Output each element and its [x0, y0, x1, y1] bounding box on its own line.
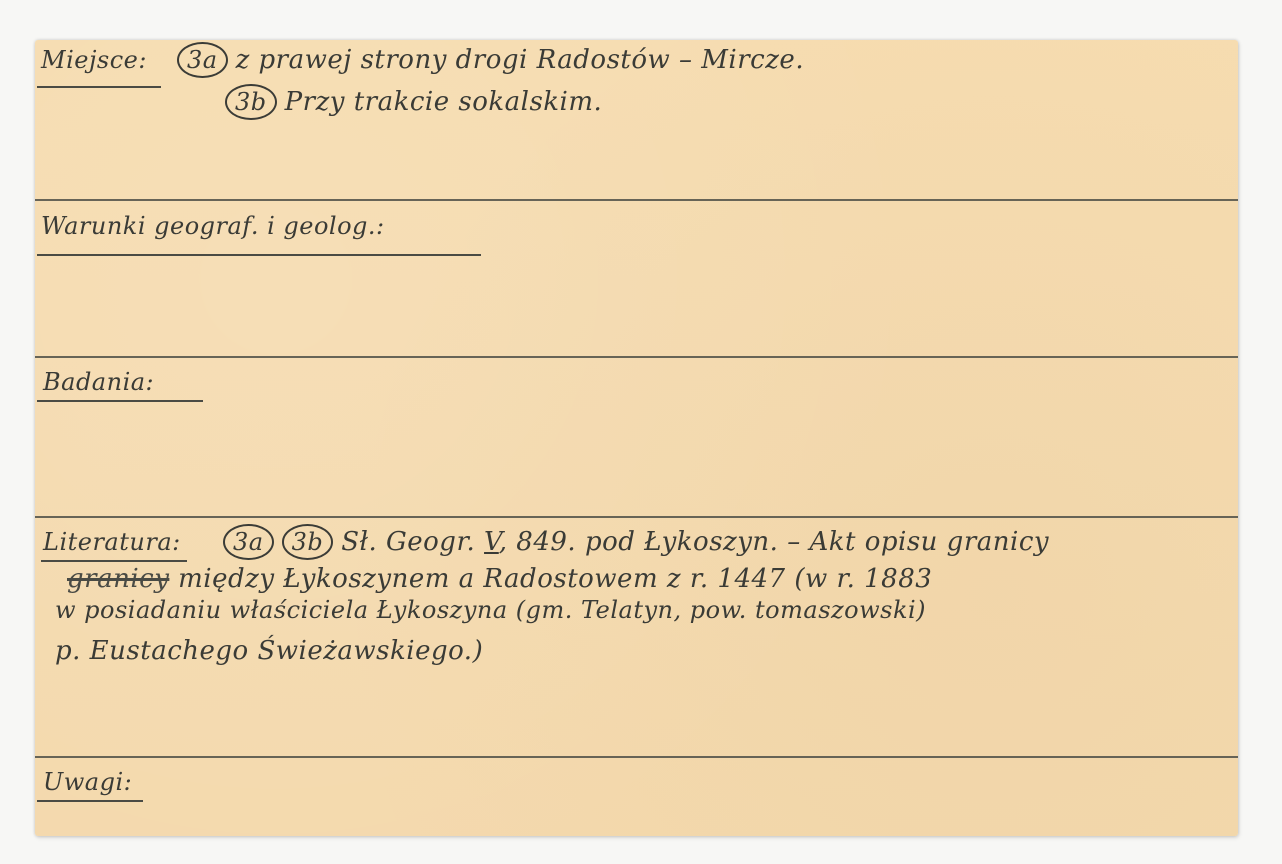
literatura-line-3: w posiadaniu właściciela Łykoszyna (gm. …: [55, 596, 926, 624]
label-uwagi-underline: [37, 800, 143, 802]
label-literatura-underline: [41, 560, 187, 562]
literatura-line-1: 3a3bSł. Geogr. V, 849. pod Łykoszyn. – A…: [223, 524, 1049, 560]
literatura-line-4-text: p. Eustachego Świeżawskiego.): [55, 636, 483, 666]
divider-3: [35, 516, 1238, 518]
miejsce-entry-3a-text: z prawej strony drogi Radostów – Mircze.: [236, 45, 805, 75]
divider-1: [35, 199, 1238, 201]
literatura-line-2: granicy między Łykoszynem a Radostowem z…: [67, 564, 932, 594]
marker-3b: 3b: [225, 84, 277, 120]
literatura-line-4: p. Eustachego Świeżawskiego.): [55, 636, 483, 666]
label-literatura: Literatura:: [43, 528, 181, 558]
struck-word: granicy: [67, 564, 169, 594]
label-badania-underline: [37, 400, 203, 402]
miejsce-entry-3b-text: Przy trakcie sokalskim.: [285, 87, 603, 117]
divider-2: [35, 356, 1238, 358]
label-miejsce-underline: [37, 86, 161, 88]
archive-index-card: Miejsce: 3az prawej strony drogi Radostó…: [35, 40, 1238, 836]
marker-3b: 3b: [282, 524, 334, 560]
marker-3a: 3a: [177, 42, 228, 78]
scan-background: Miejsce: 3az prawej strony drogi Radostó…: [0, 0, 1282, 864]
label-miejsce: Miejsce:: [41, 46, 147, 76]
label-badania: Badania:: [43, 368, 154, 398]
literatura-line-1-rest: , 849. pod Łykoszyn. – Akt opisu granicy: [499, 527, 1049, 557]
label-warunki: Warunki geograf. i geolog.:: [41, 212, 385, 242]
miejsce-entry-3a: 3az prawej strony drogi Radostów – Mircz…: [177, 42, 804, 78]
miejsce-entry-3b: 3bPrzy trakcie sokalskim.: [225, 84, 602, 120]
literatura-source: Sł. Geogr.: [341, 527, 475, 557]
divider-4: [35, 756, 1238, 758]
literatura-line-2-text: między Łykoszynem a Radostowem z r. 1447…: [178, 564, 932, 594]
label-warunki-underline: [37, 254, 481, 256]
literatura-line-3-text: w posiadaniu właściciela Łykoszyna (gm. …: [55, 596, 926, 624]
marker-3a: 3a: [223, 524, 274, 560]
label-uwagi: Uwagi:: [43, 768, 132, 798]
literatura-volume: V: [484, 527, 499, 557]
